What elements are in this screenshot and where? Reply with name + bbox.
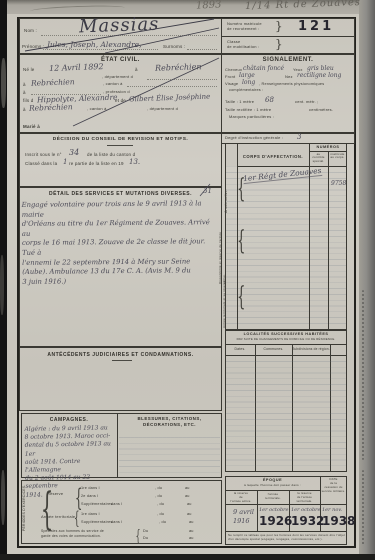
speciales-brace: {	[136, 526, 141, 545]
numeros-sub2: matricule au corps.	[329, 153, 346, 160]
periode-row3-sup: Supplémentaires	[81, 502, 113, 506]
photo-left-blob-2	[0, 255, 4, 315]
epoques-date-header: DATE de la cessation du service militair…	[321, 478, 346, 494]
localites-col-communes: Communes.	[255, 348, 292, 352]
marques-label: Marques particulières :	[229, 115, 274, 120]
epoques-col2-year: 1926	[259, 514, 292, 528]
epoques-footnote-rule	[225, 531, 347, 532]
row4-du: , du	[157, 512, 164, 516]
localites-body	[226, 356, 346, 471]
matricule-value: 121	[298, 19, 334, 34]
row5-dans: dans l	[111, 520, 122, 524]
photo-of-register-page: 1893 1/14 Rt de Zouaves Nom : Massias Pr…	[0, 0, 375, 560]
row3-du: , du	[157, 502, 164, 506]
header-right-divider	[221, 36, 355, 37]
parents-a-label: à	[23, 107, 26, 112]
epoques-colhead-rule	[225, 504, 347, 505]
periodes-side-label: PÉRIODES D'EXERCICES.	[22, 485, 26, 531]
photo-left-blob-1	[1, 58, 6, 108]
profession-a-label: à	[23, 90, 26, 95]
parents-place: Rebréchien	[29, 102, 73, 113]
nez-value: rectiligne long	[297, 72, 341, 79]
taille-label: Taille : 1 mètre	[225, 100, 254, 105]
residence-value: Rebréchien	[31, 77, 75, 88]
localites-subtitle: PAR SUITE DE CHANGEMENTS DE DOMICILE OU …	[227, 338, 345, 341]
canton-lead	[127, 86, 217, 87]
classe-suite: re partie de la liste en 19	[69, 161, 124, 166]
localites-col-dates: Dates.	[225, 348, 255, 352]
row2-du: , du	[155, 494, 162, 498]
nez-label: Nez	[285, 75, 293, 80]
campagnes-title: CAMPAGNES.	[21, 417, 117, 423]
row1-au: au	[185, 486, 190, 490]
corps-header-rule	[237, 166, 347, 167]
visage-label: Visage	[225, 82, 238, 87]
photo-left-blob-3	[1, 470, 5, 525]
parents-canton-label: , canton à	[87, 107, 107, 112]
speciales-au-1: au	[189, 529, 194, 533]
taille-rect-suffix: centimètres.	[309, 108, 333, 113]
birth-place: Rebréchien	[155, 62, 202, 73]
periode-row2: 2e dans l	[81, 494, 98, 498]
prenoms-label: Prénoms :	[22, 44, 44, 49]
services-note: 31	[203, 187, 212, 195]
localites-title: LOCALITÉS SUCCESSIVES HABITÉES	[225, 332, 347, 336]
epoques-col2-prefix: 1er octobre	[259, 507, 289, 513]
prenoms-value: Jules, Joseph, Alexandre,	[47, 40, 142, 49]
epoques-col3-header: la réserve de l'armée territoriale.	[290, 492, 319, 504]
cheveux-value: châtain foncé	[243, 65, 284, 72]
prenoms-rule	[43, 49, 158, 50]
inscrit-label: Inscrit sous le n°	[25, 152, 62, 157]
parents-departement-label: , département d	[147, 107, 178, 112]
side-territoriale: Armée territoriale et sa réserve.	[222, 273, 226, 328]
row1-du: , du	[155, 486, 162, 490]
margin-imprint-smudge-2	[362, 470, 364, 545]
et-de-label: et de	[115, 98, 126, 103]
side-armee-active: Armée active.	[224, 189, 228, 213]
surnoms-rule	[187, 49, 217, 50]
classe-num: 1	[63, 158, 67, 166]
blessures-title: BLESSURES, CITATIONS, DÉCORATIONS, ETC.	[117, 416, 222, 427]
epoques-col1-value: 9 avril 1916	[233, 508, 254, 526]
side-brace-3: {	[237, 282, 245, 312]
classe-label: Classe de mobilisation :	[227, 40, 259, 49]
corps-affectation-header: CORPS D'AFFECTATION.	[237, 154, 309, 159]
speciales-du-2: Du	[143, 536, 148, 540]
numeros-header: NUMÉROS	[309, 145, 347, 149]
photo-bottom-margin	[0, 554, 375, 560]
side-brace-1: {	[237, 174, 245, 204]
epoques-header-title: ÉPOQUE	[225, 478, 320, 482]
territoriale-label: Armée territoriale.	[41, 515, 77, 520]
row5-du: , du	[159, 520, 166, 524]
row3-au: au	[187, 502, 192, 506]
classe-brace: }	[275, 37, 283, 51]
speciales-au-2: au	[189, 536, 194, 540]
periode-row4: 1re dans l	[81, 512, 100, 516]
inscrit-suite: de la liste du canton d	[87, 152, 135, 157]
corps-sub-divider	[328, 151, 329, 330]
signalement-title: SIGNALEMENT.	[221, 57, 355, 63]
departement-lead	[147, 79, 217, 80]
instruction-label: Degré d'instruction générale :	[225, 136, 283, 141]
front-label: Front	[225, 75, 235, 80]
visage-value: long	[242, 79, 255, 86]
corps-matricule-value: 9758	[331, 180, 346, 187]
renseignements-label: , Renseignements physionomiques	[259, 82, 324, 86]
services-title: DÉTAIL DES SERVICES ET MUTATIONS DIVERSE…	[19, 191, 222, 197]
surnoms-label: Surnoms :	[163, 44, 185, 49]
residence-a-label: à	[23, 82, 26, 87]
taille-suffix: cent. métr. ;	[295, 100, 319, 105]
signalement-box	[221, 54, 355, 133]
classe-annee: 13.	[129, 158, 140, 166]
blessures-body	[119, 432, 220, 476]
register-sheet: Nom : Massias Prénoms : Jules, Joseph, A…	[7, 14, 359, 554]
row4-au: au	[187, 512, 192, 516]
territoriale-brace: {	[74, 508, 80, 529]
birth-a-label: à	[135, 67, 138, 72]
matricule-label: Numéro matricule de recrutement :	[227, 22, 262, 31]
marie-label: Marié à	[23, 124, 40, 129]
classe-ligne-label: Classé dans la	[25, 161, 57, 166]
row3-dans: dans l	[111, 502, 122, 506]
taille-value: 68	[265, 96, 274, 104]
yeux-value: gris bleu	[307, 65, 334, 72]
speciales-label: Spéciales aux hommes du service de garde…	[41, 529, 104, 539]
inscrit-num: 34	[69, 148, 79, 157]
matricule-brace: }	[275, 19, 283, 33]
epoques-col3-year: 1932	[291, 514, 324, 528]
periode-row1: 1re dans l	[81, 486, 100, 490]
nom-label: Nom :	[24, 28, 37, 33]
epoques-header-subtitle: à laquelle l'homme doit passer dans :	[226, 484, 319, 487]
services-text: Engagé volontaire pour trois ans le 9 av…	[22, 199, 221, 287]
row5-au: au	[189, 520, 194, 524]
reserve-label: Réserve	[47, 492, 63, 497]
epoques-col4-prefix: 1er nov.	[322, 507, 342, 513]
epoques-col2-header: l'armée territoriale.	[258, 493, 288, 501]
antecedents-title: ANTÉCÉDENTS JUDICIAIRES ET CONDAMNATIONS…	[19, 352, 222, 358]
ne-le-label: Né le	[23, 67, 35, 72]
epoques-col4-year: 1938	[322, 514, 355, 528]
complementaires-label: complémentaires :	[229, 88, 263, 92]
canton-label: , canton à	[103, 82, 123, 87]
side-brace-2: {	[237, 226, 245, 256]
epoques-footnote: Ne remplir ce tableau que pour les homme…	[228, 533, 345, 541]
departement-label: , département d	[102, 75, 133, 80]
decision-title: DÉCISION DU CONSEIL DE REVISION ET MOTIF…	[19, 137, 222, 142]
epoques-col3-prefix: 1er octobre	[291, 507, 321, 513]
numeros-sub1: au contrôle spécial.	[310, 153, 327, 163]
taille-rect-label: Taille rectifiée : 1 mètre	[225, 108, 271, 113]
pencil-year: 1893	[196, 0, 222, 12]
front-value: large	[239, 72, 255, 79]
instruction-value: 3	[297, 133, 301, 141]
fils-label: fils d	[23, 98, 33, 103]
birth-date: 12 Avril 1892	[49, 62, 104, 73]
speciales-du-1: Du	[143, 529, 148, 533]
row2-au: au	[185, 494, 190, 498]
antecedents-title-rule	[112, 360, 132, 361]
periode-row5-sup: Supplémentaires	[81, 520, 113, 524]
localites-header-rule	[225, 344, 347, 345]
decision-title-rule	[107, 145, 133, 146]
margin-imprint-smudge-1	[362, 290, 364, 460]
localites-col-subdivisions: Subdivisions de région.	[292, 348, 330, 352]
nom-value: Massias	[79, 14, 160, 38]
epoques-col1-header: la réserve de l'armée active.	[226, 492, 256, 504]
